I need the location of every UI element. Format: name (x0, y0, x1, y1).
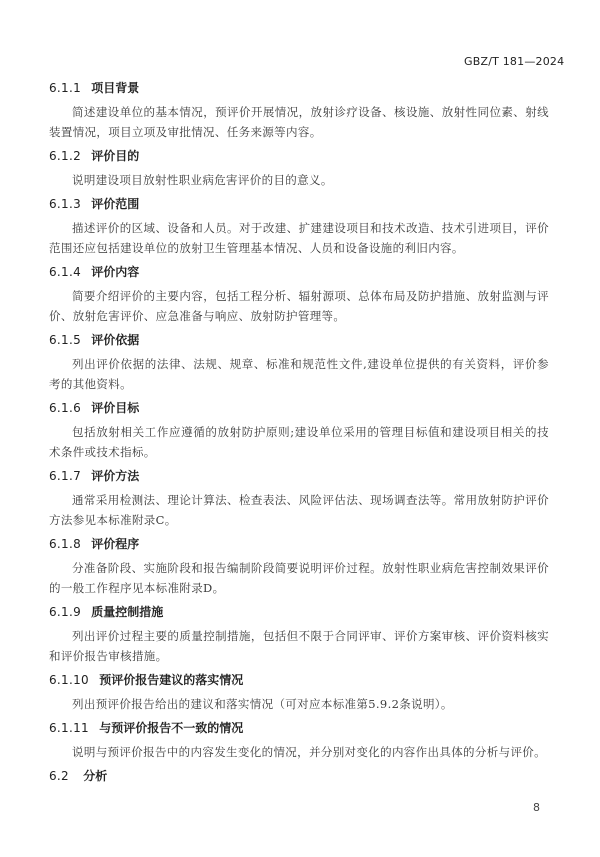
section-heading: 6.2 分析 (49, 766, 549, 786)
section-heading: 6.1.1 项目背景 (49, 78, 549, 98)
section-6-1-5: 6.1.5 评价依据 列出评价依据的法律、法规、规章、标准和规范性文件,建设单位… (49, 330, 549, 394)
section-title: 项目背景 (91, 81, 139, 95)
section-6-1-2: 6.1.2 评价目的 说明建设项目放射性职业病危害评价的目的意义。 (49, 146, 549, 190)
section-heading: 6.1.2 评价目的 (49, 146, 549, 166)
section-heading: 6.1.7 评价方法 (49, 466, 549, 486)
section-title: 评价目标 (91, 401, 139, 415)
section-heading: 6.1.5 评价依据 (49, 330, 549, 350)
section-6-2: 6.2 分析 (49, 766, 549, 786)
section-6-1-6: 6.1.6 评价目标 包括放射相关工作应遵循的放射防护原则;建设单位采用的管理目… (49, 398, 549, 462)
section-title: 评价范围 (91, 197, 139, 211)
section-paragraph: 分准备阶段、实施阶段和报告编制阶段简要说明评价过程。放射性职业病危害控制效果评价… (49, 558, 549, 598)
section-number: 6.2 (49, 766, 79, 786)
section-heading: 6.1.9 质量控制措施 (49, 602, 549, 622)
section-title: 质量控制措施 (91, 605, 163, 619)
section-heading: 6.1.4 评价内容 (49, 262, 549, 282)
section-heading: 6.1.3 评价范围 (49, 194, 549, 214)
section-number: 6.1.9 (49, 602, 87, 622)
section-paragraph: 列出评价依据的法律、法规、规章、标准和规范性文件,建设单位提供的有关资料，评价参… (49, 354, 549, 394)
section-paragraph: 简述建设单位的基本情况，预评价开展情况，放射诊疗设备、核设施、放射性同位素、射线… (49, 102, 549, 142)
section-6-1-1: 6.1.1 项目背景 简述建设单位的基本情况，预评价开展情况，放射诊疗设备、核设… (49, 78, 549, 142)
section-6-1-3: 6.1.3 评价范围 描述评价的区域、设备和人员。对于改建、扩建建设项目和技术改… (49, 194, 549, 258)
document-body: 6.1.1 项目背景 简述建设单位的基本情况，预评价开展情况，放射诊疗设备、核设… (49, 78, 549, 790)
section-6-1-4: 6.1.4 评价内容 简要介绍评价的主要内容，包括工程分析、辐射源项、总体布局及… (49, 262, 549, 326)
section-paragraph: 列出评价过程主要的质量控制措施，包括但不限于合同评审、评价方案审核、评价资料核实… (49, 626, 549, 666)
section-title: 评价程序 (91, 537, 139, 551)
section-paragraph: 包括放射相关工作应遵循的放射防护原则;建设单位采用的管理目标值和建设项目相关的技… (49, 422, 549, 462)
section-number: 6.1.7 (49, 466, 87, 486)
section-6-1-10: 6.1.10 预评价报告建议的落实情况 列出预评价报告给出的建议和落实情况（可对… (49, 670, 549, 714)
section-paragraph: 列出预评价报告给出的建议和落实情况（可对应本标准第5.9.2条说明）。 (49, 694, 549, 714)
section-title: 评价依据 (91, 333, 139, 347)
section-title: 分析 (83, 769, 107, 783)
section-number: 6.1.11 (49, 718, 95, 738)
section-heading: 6.1.8 评价程序 (49, 534, 549, 554)
section-number: 6.1.8 (49, 534, 87, 554)
section-title: 预评价报告建议的落实情况 (99, 673, 243, 687)
section-number: 6.1.1 (49, 78, 87, 98)
section-number: 6.1.2 (49, 146, 87, 166)
section-number: 6.1.3 (49, 194, 87, 214)
section-title: 评价方法 (91, 469, 139, 483)
section-title: 与预评价报告不一致的情况 (99, 721, 243, 735)
section-paragraph: 简要介绍评价的主要内容，包括工程分析、辐射源项、总体布局及防护措施、放射监测与评… (49, 286, 549, 326)
section-6-1-7: 6.1.7 评价方法 通常采用检测法、理论计算法、检查表法、风险评估法、现场调查… (49, 466, 549, 530)
section-heading: 6.1.11 与预评价报告不一致的情况 (49, 718, 549, 738)
section-number: 6.1.5 (49, 330, 87, 350)
section-paragraph: 描述评价的区域、设备和人员。对于改建、扩建建设项目和技术改造、技术引进项目，评价… (49, 218, 549, 258)
section-title: 评价内容 (91, 265, 139, 279)
section-paragraph: 说明建设项目放射性职业病危害评价的目的意义。 (49, 170, 549, 190)
standard-code-header: GBZ/T 181—2024 (464, 55, 564, 68)
section-heading: 6.1.6 评价目标 (49, 398, 549, 418)
section-paragraph: 通常采用检测法、理论计算法、检查表法、风险评估法、现场调查法等。常用放射防护评价… (49, 490, 549, 530)
page-number: 8 (533, 801, 540, 814)
section-number: 6.1.4 (49, 262, 87, 282)
section-6-1-8: 6.1.8 评价程序 分准备阶段、实施阶段和报告编制阶段简要说明评价过程。放射性… (49, 534, 549, 598)
section-paragraph: 说明与预评价报告中的内容发生变化的情况，并分别对变化的内容作出具体的分析与评价。 (49, 742, 549, 762)
section-number: 6.1.6 (49, 398, 87, 418)
section-heading: 6.1.10 预评价报告建议的落实情况 (49, 670, 549, 690)
section-number: 6.1.10 (49, 670, 95, 690)
section-6-1-9: 6.1.9 质量控制措施 列出评价过程主要的质量控制措施，包括但不限于合同评审、… (49, 602, 549, 666)
section-title: 评价目的 (91, 149, 139, 163)
section-6-1-11: 6.1.11 与预评价报告不一致的情况 说明与预评价报告中的内容发生变化的情况，… (49, 718, 549, 762)
